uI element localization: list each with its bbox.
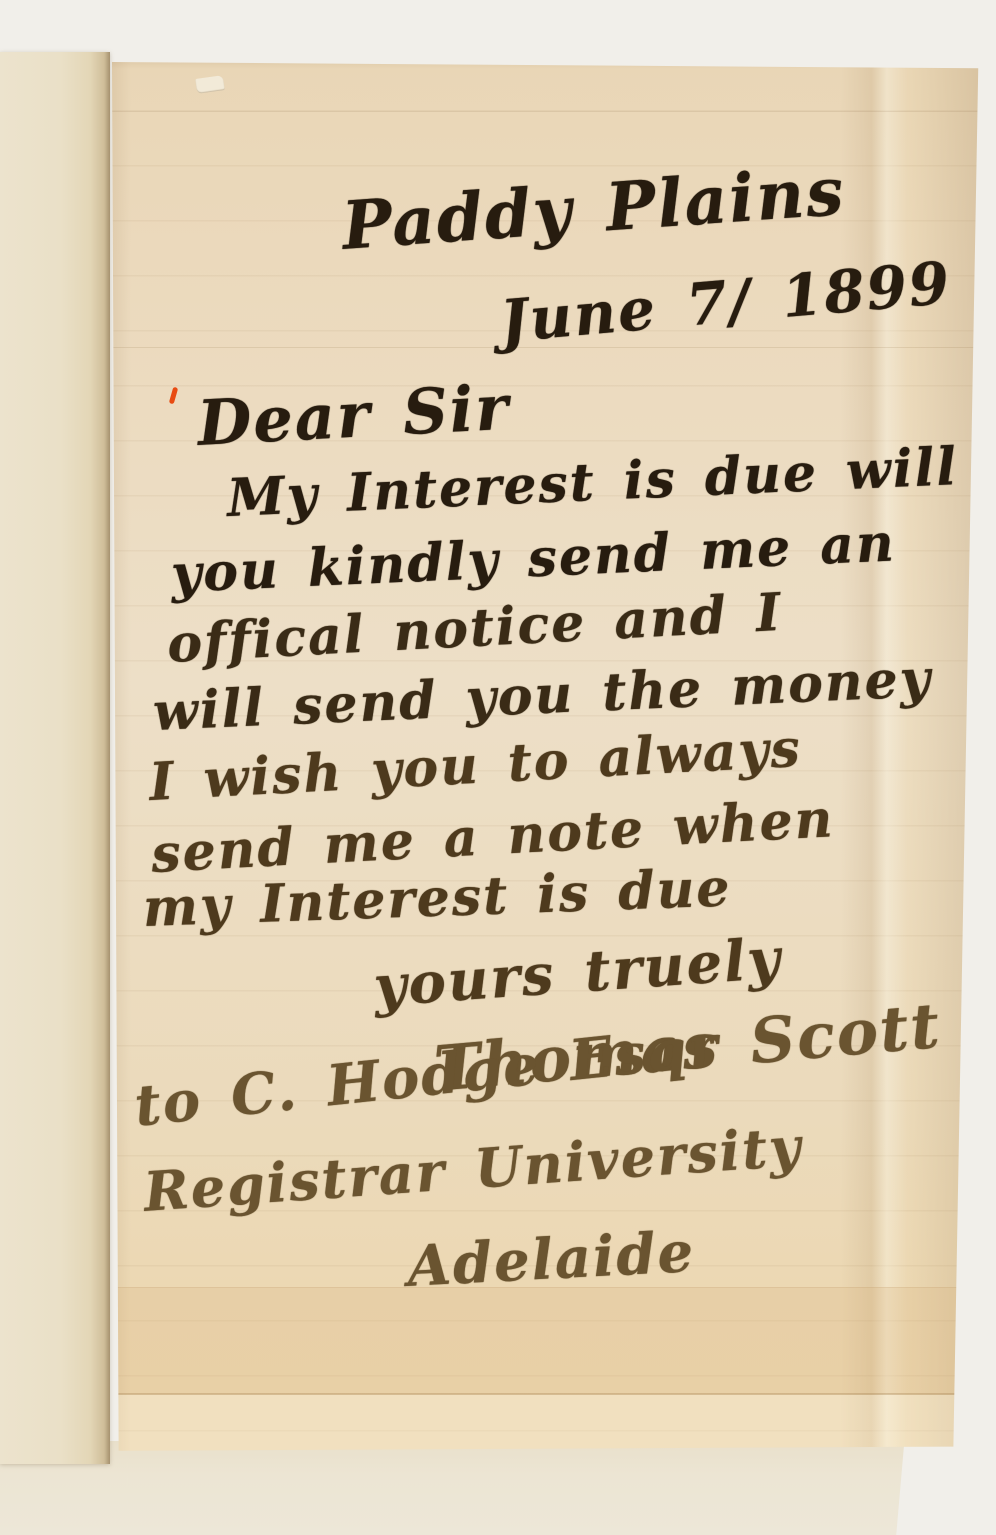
paper-chip-tear [195,75,225,94]
page-top-edge-shading [100,55,988,69]
bottom-fold-lower-band [100,1395,988,1453]
red-ink-mark [169,387,178,405]
letter-page: Paddy Plains June 7/ 1899 Dear Sir My In… [100,55,988,1455]
letter-recipient-line: Adelaide [406,1224,696,1295]
letter-recipient-line: to C. Hodge Esqr [132,1018,723,1135]
left-fold-flap [0,52,110,1464]
underlying-sheet [0,1441,908,1535]
letter-closing: yours truely [372,930,784,1014]
letter-recipient-line: Registrar University [142,1119,804,1219]
bottom-fold-band [100,1287,988,1394]
letter-salutation: Dear Sir [196,377,511,455]
horizontal-crease-top [100,111,988,112]
letter-place: Paddy Plains [340,158,847,259]
scanned-letter-document: Paddy Plains June 7/ 1899 Dear Sir My In… [0,0,996,1535]
dust-speck [487,56,494,63]
letter-body-line: you kindly send me an [170,517,897,601]
